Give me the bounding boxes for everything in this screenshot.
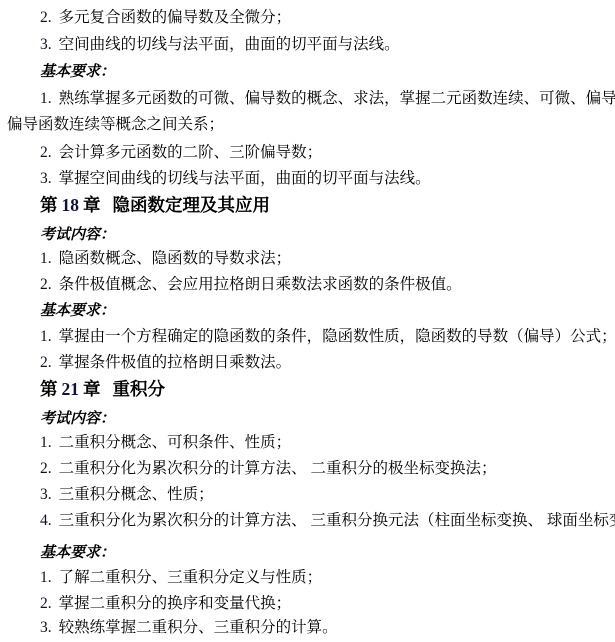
chapter-suffix: 章 <box>83 195 101 215</box>
item-text: 掌握条件极值的拉格朗日乘数法。 <box>59 354 292 371</box>
item-number: 3. <box>40 485 52 505</box>
list-item: 2.条件极值概念、会应用拉格朗日乘数法求函数的条件极值。 <box>40 275 462 295</box>
item-number: 2. <box>40 353 52 373</box>
item-number: 1. <box>40 568 52 588</box>
item-text: 较熟练掌握二重积分、三重积分的计算。 <box>59 619 338 636</box>
list-item: 3.较熟练掌握二重积分、三重积分的计算。 <box>40 618 338 638</box>
item-text: 多元复合函数的偏导数及全微分； <box>59 9 292 26</box>
section-subheading: 考试内容： <box>40 225 115 245</box>
list-item: 3.三重积分概念、性质； <box>40 485 214 505</box>
chapter-title: 重积分 <box>113 379 166 399</box>
list-item: 2.二重积分化为累次积分的计算方法、 二重积分的极坐标变换法； <box>40 459 497 479</box>
item-text: 掌握由一个方程确定的隐函数的条件，隐函数性质，隐函数的导数（偏导）公式； <box>59 328 615 345</box>
item-number: 1. <box>40 89 52 109</box>
chapter-number: 21 <box>62 379 80 399</box>
list-item: 2.多元复合函数的偏导数及全微分； <box>40 8 291 28</box>
list-item: 1.二重积分概念、可积条件、性质； <box>40 433 291 453</box>
chapter-heading: 第21章重积分 <box>40 378 165 400</box>
chapter-heading: 第18章隐函数定理及其应用 <box>40 194 270 216</box>
item-number: 2. <box>40 8 52 28</box>
document-page: 2.多元复合函数的偏导数及全微分； 3.空间曲线的切线与法平面，曲面的切平面与法… <box>0 0 615 642</box>
section-subheading: 基本要求： <box>40 62 115 82</box>
item-text: 空间曲线的切线与法平面，曲面的切平面与法线。 <box>59 36 400 53</box>
paragraph-continuation: 偏导函数连续等概念之间关系； <box>7 115 224 135</box>
section-subheading: 基本要求： <box>40 543 115 563</box>
chapter-suffix: 章 <box>83 379 101 399</box>
item-text: 二重积分概念、可积条件、性质； <box>59 434 292 451</box>
list-item: 2.会计算多元函数的二阶、三阶偏导数； <box>40 143 322 163</box>
item-number: 2. <box>40 459 52 479</box>
item-text: 三重积分概念、性质； <box>59 486 214 503</box>
chapter-prefix: 第 <box>40 379 58 399</box>
item-text: 掌握二重积分的换序和变量代换； <box>59 595 292 612</box>
item-text: 条件极值概念、会应用拉格朗日乘数法求函数的条件极值。 <box>59 276 462 293</box>
chapter-prefix: 第 <box>40 195 58 215</box>
list-item: 4.三重积分化为累次积分的计算方法、 三重积分换元法（柱面坐标变换、 球面坐标变… <box>40 511 615 531</box>
list-item: 1.熟练掌握多元函数的可微、偏导数的概念、求法，掌握二元函数连续、可微、偏导数以… <box>40 89 615 109</box>
item-number: 3. <box>40 35 52 55</box>
section-subheading: 基本要求： <box>40 301 115 321</box>
item-number: 4. <box>40 511 52 531</box>
item-text: 了解二重积分、三重积分定义与性质； <box>59 569 323 586</box>
section-subheading: 考试内容： <box>40 409 115 429</box>
item-text: 掌握空间曲线的切线与法平面，曲面的切平面与法线。 <box>59 170 431 187</box>
chapter-number: 18 <box>62 195 80 215</box>
item-text: 二重积分化为累次积分的计算方法、 二重积分的极坐标变换法； <box>59 460 497 477</box>
list-item: 2.掌握二重积分的换序和变量代换； <box>40 594 291 614</box>
item-number: 2. <box>40 594 52 614</box>
item-number: 2. <box>40 143 52 163</box>
item-number: 3. <box>40 169 52 189</box>
chapter-title: 隐函数定理及其应用 <box>113 195 271 215</box>
list-item: 2.掌握条件极值的拉格朗日乘数法。 <box>40 353 291 373</box>
item-text: 熟练掌握多元函数的可微、偏导数的概念、求法，掌握二元函数连续、可微、偏导数以及 <box>59 90 615 107</box>
item-number: 1. <box>40 249 52 269</box>
item-text: 隐函数概念、隐函数的导数求法； <box>59 250 292 267</box>
item-number: 2. <box>40 275 52 295</box>
item-text: 三重积分化为累次积分的计算方法、 三重积分换元法（柱面坐标变换、 球面坐标变换）… <box>59 512 615 529</box>
list-item: 1.掌握由一个方程确定的隐函数的条件，隐函数性质，隐函数的导数（偏导）公式； <box>40 327 615 347</box>
item-number: 3. <box>40 618 52 638</box>
list-item: 3.空间曲线的切线与法平面，曲面的切平面与法线。 <box>40 35 400 55</box>
list-item: 1.隐函数概念、隐函数的导数求法； <box>40 249 291 269</box>
item-text: 会计算多元函数的二阶、三阶偏导数； <box>59 144 323 161</box>
item-number: 1. <box>40 433 52 453</box>
list-item: 1.了解二重积分、三重积分定义与性质； <box>40 568 322 588</box>
list-item: 3.掌握空间曲线的切线与法平面，曲面的切平面与法线。 <box>40 169 431 189</box>
item-number: 1. <box>40 327 52 347</box>
